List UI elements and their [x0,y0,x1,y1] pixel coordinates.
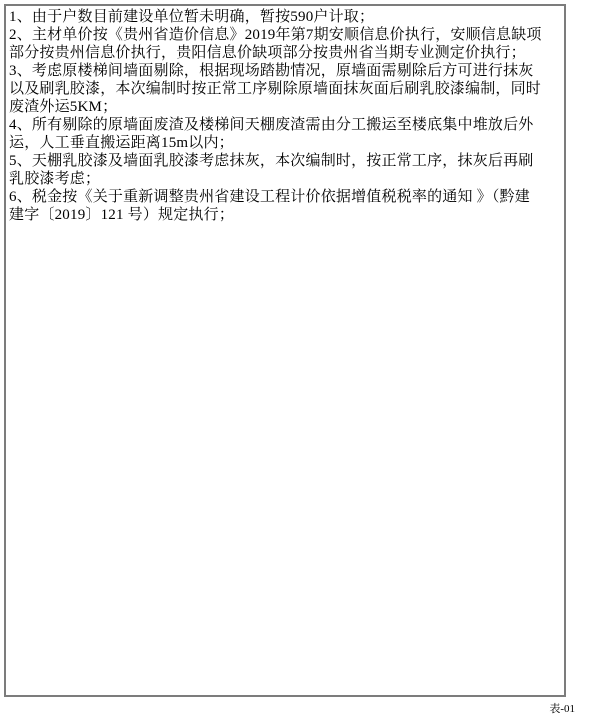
note-line-8: 运，人工垂直搬运距离15m以内； [9,134,562,152]
note-line-6: 废渣外运5KM； [9,98,562,116]
note-line-5: 以及刷乳胶漆，本次编制时按正常工序剔除原墙面抹灰面后刷乳胶漆编制，同时 [9,80,562,98]
note-line-3: 部分按贵州信息价执行，贵阳信息价缺项部分按贵州省当期专业测定价执行； [9,44,562,62]
notes-box: 1、由于户数目前建设单位暂未明确，暂按590户计取； 2、主材单价按《贵州省造价… [4,4,566,697]
note-line-9: 5、天棚乳胶漆及墙面乳胶漆考虑抹灰，本次编制时，按正常工序，抹灰后再刷 [9,152,562,170]
note-line-4: 3、考虑原楼梯间墙面剔除，根据现场踏勘情况，原墙面需剔除后方可进行抹灰 [9,62,562,80]
note-line-12: 建字〔2019〕121 号）规定执行； [9,206,562,224]
note-line-10: 乳胶漆考虑； [9,170,562,188]
note-line-11: 6、税金按《关于重新调整贵州省建设工程计价依据增值税税率的通知 》（黔建 [9,188,562,206]
document-page: { "document": { "lines": [ "1、由于户数目前建设单位… [0,0,593,726]
note-line-1: 1、由于户数目前建设单位暂未明确，暂按590户计取； [9,8,562,26]
note-line-2: 2、主材单价按《贵州省造价信息》2019年第7期安顺信息价执行，安顺信息缺项 [9,26,562,44]
note-line-7: 4、所有剔除的原墙面废渣及楼梯间天棚废渣需由分工搬运至楼底集中堆放后外 [9,116,562,134]
sheet-label: 表-01 [549,702,575,716]
